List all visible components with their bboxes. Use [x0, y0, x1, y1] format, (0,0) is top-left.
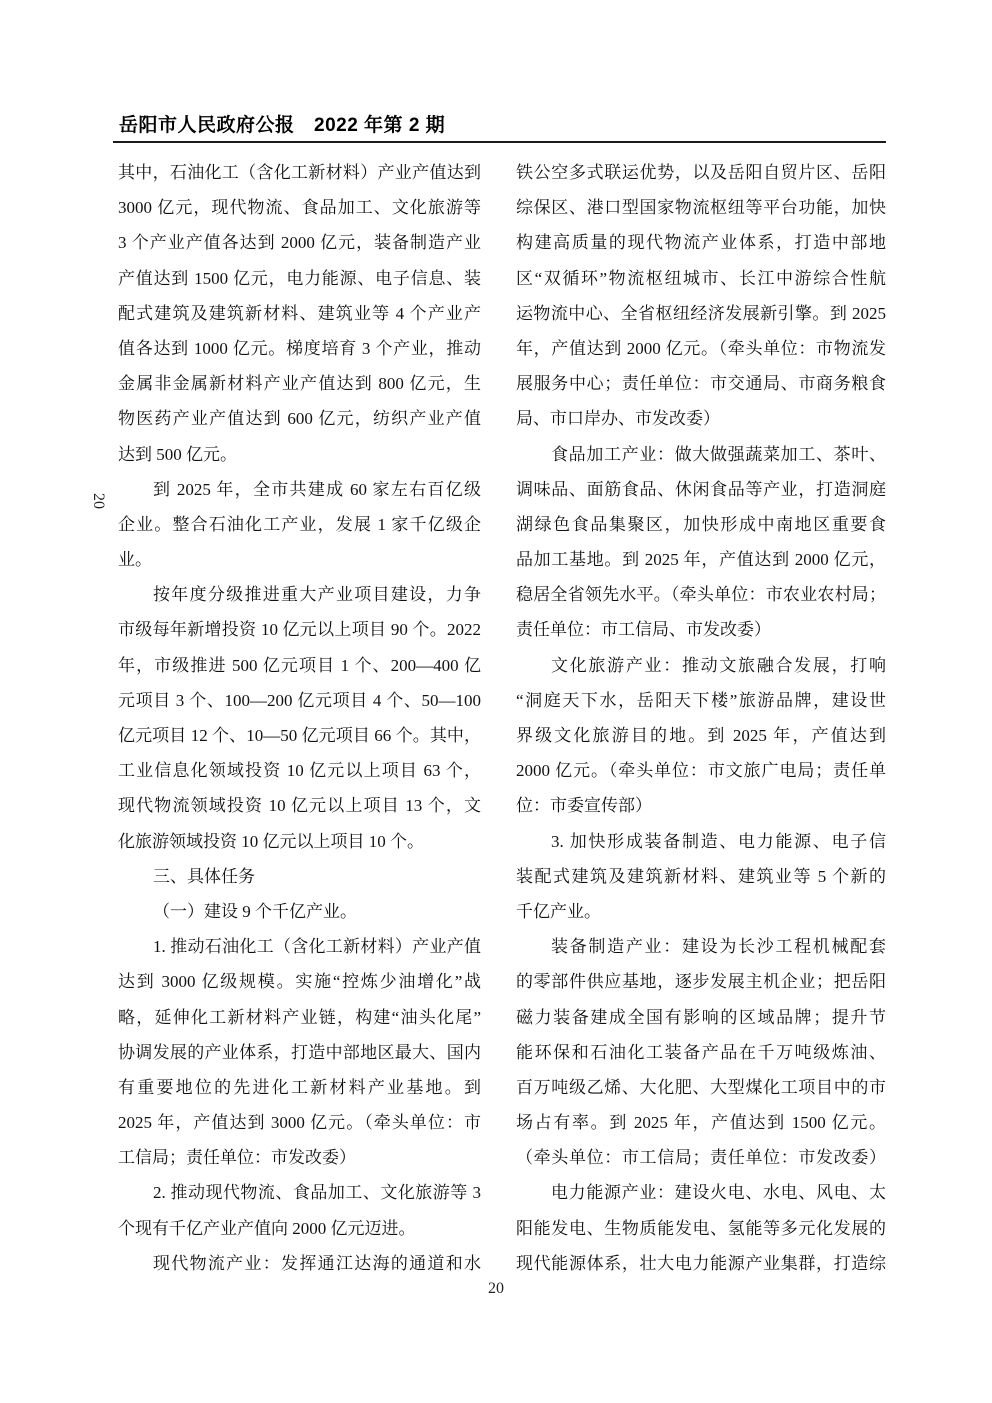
text-line: 3000 亿元，现代物流、食品加工、文化旅游等: [118, 190, 481, 225]
text-line: 略，延伸化工新材料产业链，构建“油头化尾”: [118, 1000, 481, 1035]
text-line: 食品加工产业：做大做强蔬菜加工、茶叶、: [516, 437, 886, 472]
text-line: 区“双循环”物流枢纽城市、长江中游综合性航: [516, 261, 886, 296]
text-line: 阳能发电、生物质能发电、氢能等多元化发展的: [516, 1211, 886, 1246]
text-line: 位：市委宣传部）: [516, 788, 886, 823]
text-line: 按年度分级推进重大产业项目建设，力争: [118, 577, 481, 612]
text-line: 2. 推动现代物流、食品加工、文化旅游等 3: [118, 1175, 481, 1210]
text-line: 千亿产业。: [516, 894, 886, 929]
text-line: 湖绿色食品集聚区，加快形成中南地区重要食: [516, 507, 886, 542]
text-line: 物医药产业产值达到 600 亿元，纺织产业产值: [118, 401, 481, 436]
text-line: “洞庭天下水，岳阳天下楼”旅游品牌，建设世: [516, 683, 886, 718]
text-line: 百万吨级乙烯、大化肥、大型煤化工项目中的市: [516, 1070, 886, 1105]
gutter-page-number: 20: [89, 493, 107, 509]
text-line: 化旅游领域投资 10 亿元以上项目 10 个。: [118, 824, 481, 859]
text-line: 装配式建筑及建筑新材料、建筑业等 5 个新的: [516, 859, 886, 894]
text-line: 电力能源产业：建设火电、水电、风电、太: [516, 1175, 886, 1210]
text-line: 铁公空多式联运优势，以及岳阳自贸片区、岳阳: [516, 155, 886, 190]
text-line: 协调发展的产业体系，打造中部地区最大、国内: [118, 1035, 481, 1070]
right-column: 铁公空多式联运优势，以及岳阳自贸片区、岳阳综保区、港口型国家物流枢纽等平台功能，…: [516, 155, 886, 1281]
text-line: 现代能源体系，壮大电力能源产业集群，打造综: [516, 1246, 886, 1281]
text-line: 现代物流领域投资 10 亿元以上项目 13 个，文: [118, 788, 481, 823]
text-line: 场占有率。到 2025 年，产值达到 1500 亿元。: [516, 1105, 886, 1140]
text-line: 有重要地位的先进化工新材料产业基地。到: [118, 1070, 481, 1105]
text-line: 3 个产业产值各达到 2000 亿元，装备制造产业: [118, 225, 481, 260]
text-line: 市级每年新增投资 10 亿元以上项目 90 个。2022: [118, 612, 481, 647]
text-line: 稳居全省领先水平。（牵头单位：市农业农村局；: [516, 577, 886, 612]
text-line: 年，产值达到 2000 亿元。（牵头单位：市物流发: [516, 331, 886, 366]
text-line: 磁力装备建成全国有影响的区域品牌；提升节: [516, 1000, 886, 1035]
text-line: 展服务中心；责任单位：市交通局、市商务粮食: [516, 366, 886, 401]
text-line: 产值达到 1500 亿元，电力能源、电子信息、装: [118, 261, 481, 296]
text-line: 调味品、面筋食品、休闲食品等产业，打造洞庭: [516, 472, 886, 507]
text-line: 业。: [118, 542, 481, 577]
text-line: 综保区、港口型国家物流枢纽等平台功能，加快: [516, 190, 886, 225]
text-line: 工信局；责任单位：市发改委）: [118, 1140, 481, 1175]
text-line: 现代物流产业：发挥通江达海的通道和水: [118, 1246, 481, 1281]
footer-page-number: 20: [0, 1280, 992, 1298]
text-line: 运物流中心、全省枢纽经济发展新引擎。到 2025: [516, 296, 886, 331]
text-line: 2025 年，产值达到 3000 亿元。（牵头单位：市: [118, 1105, 481, 1140]
text-line: 文化旅游产业：推动文旅融合发展，打响: [516, 648, 886, 683]
text-line: 三、具体任务: [118, 859, 481, 894]
text-line: 企业。整合石油化工产业，发展 1 家千亿级企: [118, 507, 481, 542]
text-line: （一）建设 9 个千亿产业。: [118, 894, 481, 929]
text-line: 亿元项目 12 个、10—50 亿元项目 66 个。其中，: [118, 718, 481, 753]
header-rule: [113, 141, 886, 143]
text-line: 3. 加快形成装备制造、电力能源、电子信息、: [516, 824, 886, 859]
text-line: 品加工基地。到 2025 年，产值达到 2000 亿元，: [516, 542, 886, 577]
text-line: 1. 推动石油化工（含化工新材料）产业产值: [118, 929, 481, 964]
gazette-page: 岳阳市人民政府公报 2022 年第 2 期 20 其中，石油化工（含化工新材料）…: [0, 0, 992, 1403]
text-line: 界级文化旅游目的地。到 2025 年，产值达到: [516, 718, 886, 753]
text-line: 达到 3000 亿级规模。实施“控炼少油增化”战: [118, 964, 481, 999]
text-line: 的零部件供应基地，逐步发展主机企业；把岳阳: [516, 964, 886, 999]
text-line: 工业信息化领域投资 10 亿元以上项目 63 个，: [118, 753, 481, 788]
text-line: 元项目 3 个、100—200 亿元项目 4 个、50—100: [118, 683, 481, 718]
text-line: 构建高质量的现代物流产业体系，打造中部地: [516, 225, 886, 260]
text-line: 个现有千亿产业产值向 2000 亿元迈进。: [118, 1211, 481, 1246]
text-line: 达到 500 亿元。: [118, 437, 481, 472]
text-line: （牵头单位：市工信局；责任单位：市发改委）: [516, 1140, 886, 1175]
text-line: 局、市口岸办、市发改委）: [516, 401, 886, 436]
text-line: 配式建筑及建筑新材料、建筑业等 4 个产业产: [118, 296, 481, 331]
left-column: 其中，石油化工（含化工新材料）产业产值达到3000 亿元，现代物流、食品加工、文…: [118, 155, 481, 1281]
text-line: 其中，石油化工（含化工新材料）产业产值达到: [118, 155, 481, 190]
text-line: 到 2025 年，全市共建成 60 家左右百亿级: [118, 472, 481, 507]
text-line: 责任单位：市工信局、市发改委）: [516, 612, 886, 647]
text-line: 能环保和石油化工装备产品在千万吨级炼油、: [516, 1035, 886, 1070]
text-line: 2000 亿元。（牵头单位：市文旅广电局；责任单: [516, 753, 886, 788]
text-line: 年，市级推进 500 亿元项目 1 个、200—400 亿: [118, 648, 481, 683]
text-line: 装备制造产业：建设为长沙工程机械配套: [516, 929, 886, 964]
text-line: 值各达到 1000 亿元。梯度培育 3 个产业，推动: [118, 331, 481, 366]
page-header-title: 岳阳市人民政府公报 2022 年第 2 期: [119, 110, 445, 137]
text-line: 金属非金属新材料产业产值达到 800 亿元，生: [118, 366, 481, 401]
